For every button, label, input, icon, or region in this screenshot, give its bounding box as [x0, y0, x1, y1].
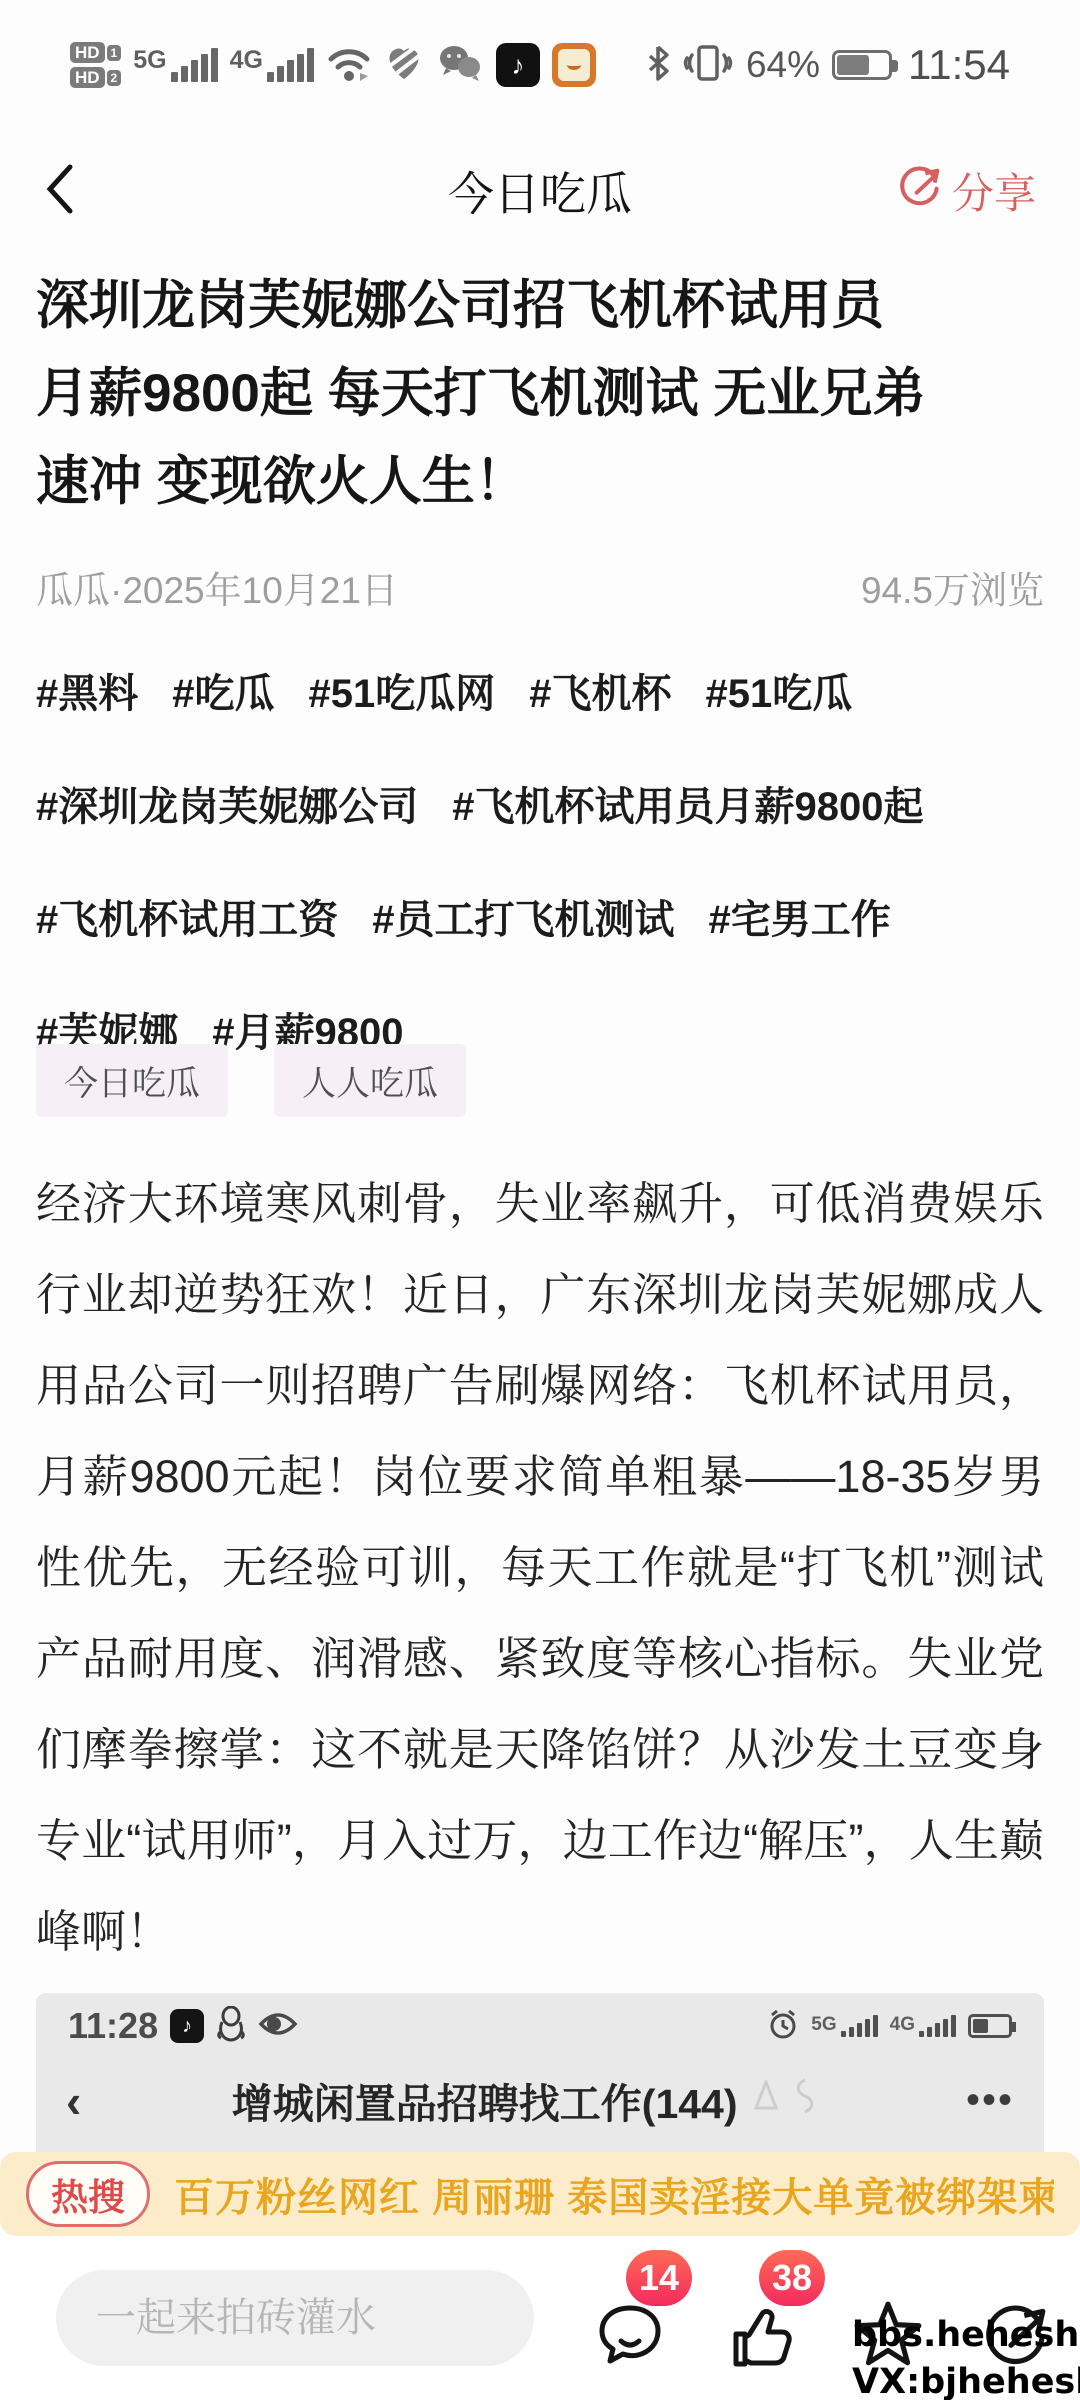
category-chips: 今日吃瓜人人吃瓜 — [36, 1044, 466, 1117]
view-count: 94.5万浏览 — [861, 560, 1044, 614]
embed-clock-time: 11:28 — [68, 2005, 158, 2047]
hat-icon — [752, 2077, 780, 2124]
share-button[interactable]: 分享 — [894, 161, 1036, 221]
embed-qq-icon — [216, 2006, 246, 2047]
hashtag[interactable]: #飞机杯试用工资 — [36, 888, 338, 945]
embed-douyin-icon: ♪ — [170, 2009, 204, 2043]
ribbon-icon — [794, 2077, 816, 2124]
embed-chat-title: 增城闲置品招聘找工作(144) — [232, 2071, 738, 2130]
comment-button[interactable]: 14 — [582, 2250, 678, 2382]
hd1-icon: HD — [70, 42, 105, 63]
hashtag[interactable]: #吃瓜 — [172, 662, 274, 719]
article-body: 经济大环境寒风刺骨，失业率飙升，可低消费娱乐行业却逆势狂欢！近日，广东深圳龙岗芙… — [36, 1158, 1044, 1977]
wifi-icon — [326, 43, 372, 88]
embed-signal-5g-icon: 5G — [811, 2015, 877, 2037]
article-title-line: 月薪9800起 每天打飞机测试 无业兄弟 — [36, 350, 1044, 438]
comment-count-badge: 14 — [626, 2250, 692, 2306]
back-icon[interactable] — [44, 163, 74, 220]
embed-battery-icon — [968, 2014, 1012, 2038]
nav-bar: 今日吃瓜 分享 — [0, 138, 1080, 244]
status-bar: HD1 HD2 5G 4G ♪ 64% 11:54 — [0, 26, 1080, 104]
watermark: bbs.hehesheng.com VX:bjhehesheng — [852, 2312, 1080, 2400]
hashtag-list: #黑料#吃瓜#51吃瓜网#飞机杯#51吃瓜#深圳龙岗芙妮娜公司#飞机杯试用员月薪… — [36, 662, 1048, 1058]
category-chip[interactable]: 今日吃瓜 — [36, 1044, 228, 1117]
embed-menu-icon: ••• — [966, 2078, 1014, 2123]
share-label: 分享 — [952, 161, 1036, 221]
orange-app-icon — [552, 43, 596, 87]
comment-input[interactable] — [56, 2270, 534, 2366]
vibrate-icon — [682, 43, 734, 88]
signal-5g-icon: 5G — [133, 48, 217, 82]
embed-back-icon: ‹ — [66, 2078, 81, 2124]
hashtag[interactable]: #51吃瓜 — [706, 662, 853, 719]
embed-alarm-icon — [767, 2008, 799, 2045]
like-button[interactable]: 38 — [715, 2250, 811, 2382]
watermark-line1: bbs.hehesheng.com — [852, 2312, 1080, 2359]
embedded-screenshot[interactable]: 11:28 ♪ 5G 4G — [36, 1993, 1044, 2153]
comment-bubble-icon — [594, 2300, 666, 2372]
article-meta: 瓜瓜·2025年10月21日 94.5万浏览 — [36, 560, 1044, 614]
hashtag[interactable]: #员工打飞机测试 — [372, 888, 674, 945]
hot-search-badge: 热搜 — [26, 2161, 150, 2227]
share-icon — [894, 162, 942, 220]
hashtag[interactable]: #51吃瓜网 — [309, 662, 496, 719]
clock-time: 11:54 — [908, 41, 1010, 89]
hashtag[interactable]: #黑料 — [36, 662, 138, 719]
category-chip[interactable]: 人人吃瓜 — [274, 1044, 466, 1117]
hashtag[interactable]: #深圳龙岗芙妮娜公司 — [36, 775, 418, 832]
signal-4g-icon: 4G — [230, 48, 314, 82]
hd2-icon: HD — [70, 67, 105, 88]
douyin-icon: ♪ — [496, 43, 540, 87]
hot-search-banner[interactable]: 热搜 百万粉丝网红 周丽珊 泰国卖淫接大单竟被绑架柬埔寨… — [0, 2152, 1080, 2236]
hashtag[interactable]: #宅男工作 — [709, 888, 891, 945]
battery-icon — [832, 50, 892, 80]
embed-status-bar: 11:28 ♪ 5G 4G — [36, 1993, 1044, 2047]
thumbs-up-icon — [727, 2300, 799, 2372]
volte-hd-icons: HD1 HD2 — [70, 42, 121, 88]
hashtag[interactable]: #飞机杯试用员月薪9800起 — [452, 775, 923, 832]
article-title-line: 深圳龙岗芙妮娜公司招飞机杯试用员 — [36, 262, 1044, 350]
article-title-line: 速冲 变现欲火人生！ — [36, 438, 1044, 526]
embed-signal-4g-icon: 4G — [890, 2015, 956, 2037]
wechat-icon — [436, 43, 484, 88]
like-count-badge: 38 — [759, 2250, 825, 2306]
bluetooth-icon — [646, 43, 670, 88]
screen: HD1 HD2 5G 4G ♪ 64% 11:54 — [0, 0, 1080, 2400]
striped-heart-notification-icon — [384, 43, 424, 88]
byline: 瓜瓜·2025年10月21日 — [36, 560, 398, 614]
embed-eye-icon — [258, 2009, 298, 2044]
hashtag[interactable]: #飞机杯 — [529, 662, 671, 719]
watermark-line2: VX:bjhehesheng — [852, 2359, 1080, 2400]
hot-search-headline[interactable]: 百万粉丝网红 周丽珊 泰国卖淫接大单竟被绑架柬埔寨… — [174, 2166, 1054, 2223]
article-title: 深圳龙岗芙妮娜公司招飞机杯试用员月薪9800起 每天打飞机测试 无业兄弟速冲 变… — [36, 262, 1044, 526]
battery-percent: 64% — [746, 44, 820, 86]
embed-title-bar: ‹ 增城闲置品招聘找工作(144) ••• — [36, 2071, 1044, 2130]
